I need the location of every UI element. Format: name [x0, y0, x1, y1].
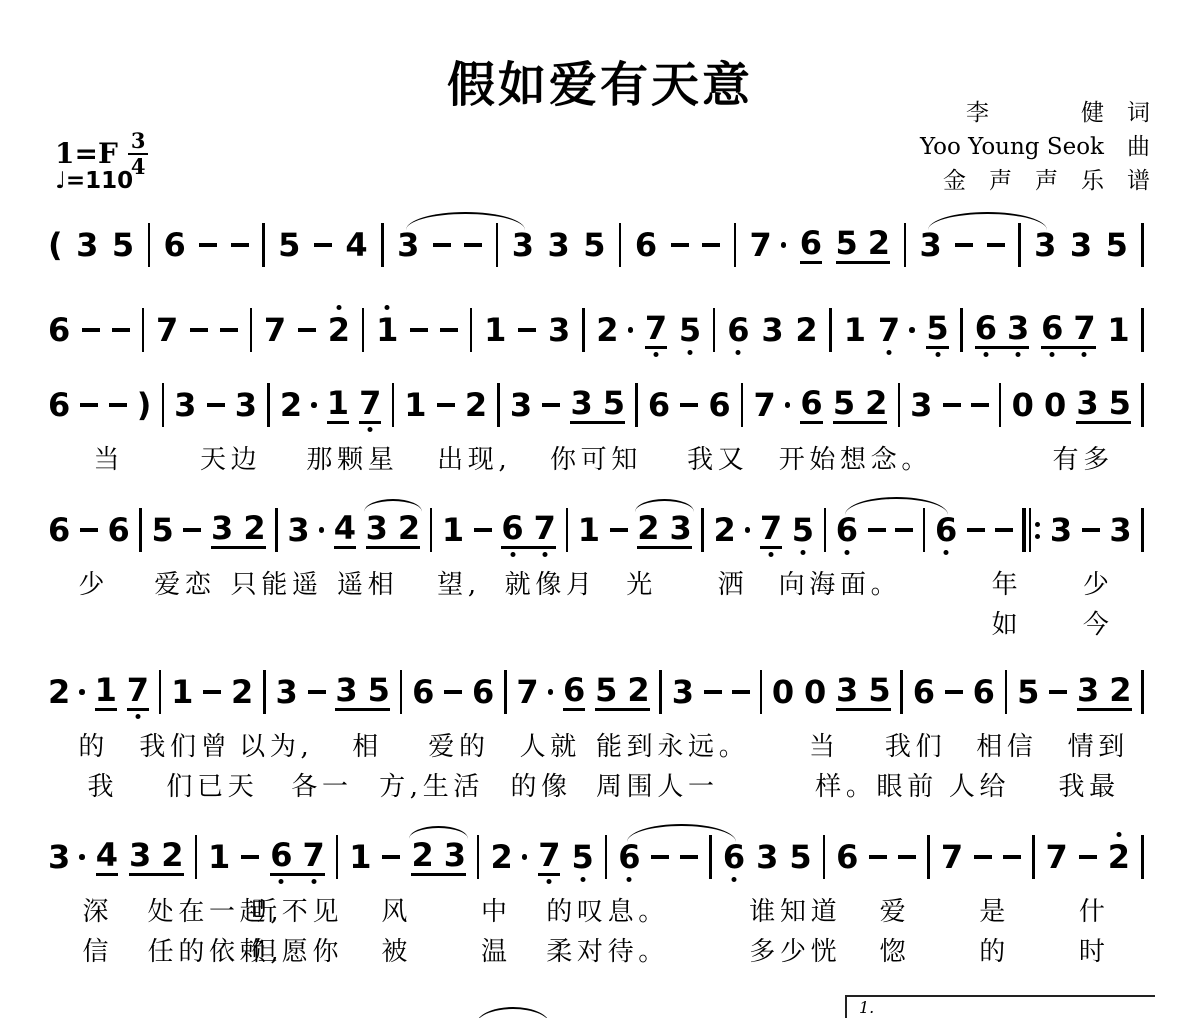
lyric-syllable: 我又 [657, 439, 779, 476]
barline [195, 835, 198, 879]
digit: 3 [512, 229, 534, 261]
augmentation-dot [745, 527, 751, 533]
note: 6 [563, 674, 585, 711]
note-glyphs: 1 [171, 676, 193, 708]
digit: 7 [941, 841, 963, 873]
note: 1 [442, 514, 464, 546]
barline [927, 835, 930, 879]
note-glyphs: 0 [772, 676, 794, 708]
barline [999, 383, 1002, 427]
notation-line: 217123356676523003566532 [48, 660, 1144, 724]
digit: 5 [836, 227, 858, 259]
duration-dash [971, 403, 989, 407]
note-glyphs: 2 [596, 314, 633, 346]
digit: 7 [878, 314, 900, 346]
digit [680, 403, 698, 407]
note: 5 [278, 229, 300, 261]
note: 6 [635, 229, 657, 261]
octave-dot-low [1016, 352, 1021, 357]
digit: 3 [1007, 312, 1029, 344]
lyrics-line: 信任的依赖,但愿你被温柔对待。多少恍惚的时 [48, 929, 1144, 969]
lyric-syllable: 周围人一 [596, 766, 706, 803]
note-glyphs: 4 [334, 512, 356, 549]
digit [895, 528, 913, 532]
note-glyphs [314, 243, 332, 247]
lyric-syllable: 出现, [413, 439, 535, 476]
barline [139, 508, 142, 552]
barline [713, 308, 716, 352]
lyric-syllable: 时 [1044, 931, 1144, 968]
note: 2 [328, 314, 350, 346]
lyric-syllable: 当 [779, 726, 870, 763]
digit: 2 [868, 227, 890, 259]
note-glyphs [444, 690, 462, 694]
beamed-note-group: 32 [129, 839, 184, 876]
lyric-syllable: 望, [413, 564, 504, 601]
note: 6 [836, 841, 858, 873]
barline [250, 308, 253, 352]
digit: 3 [756, 841, 778, 873]
note-glyphs: 5 [789, 841, 811, 873]
note: 7 [1046, 841, 1068, 873]
note-glyphs [199, 243, 217, 247]
digit [898, 855, 916, 859]
digit: 6 [836, 841, 858, 873]
note-glyphs [440, 328, 458, 332]
digit: 1 [171, 676, 193, 708]
digit: 7 [359, 387, 381, 419]
duration-dash [433, 243, 451, 247]
octave-dot-low [653, 352, 658, 357]
note-glyphs: 0 [1012, 389, 1034, 421]
octave-dot-low [1082, 352, 1087, 357]
octave-dot-low [547, 879, 552, 884]
digit [440, 328, 458, 332]
duration-dash [298, 328, 316, 332]
digit: 2 [596, 314, 618, 346]
digit: 7 [303, 839, 325, 871]
note: 3 [548, 314, 570, 346]
note-glyphs [183, 528, 201, 532]
lyric-syllable: 开始想念。 [779, 439, 901, 476]
octave-dot-low [769, 552, 774, 557]
digit [241, 855, 259, 859]
digit: 1 [349, 841, 371, 873]
note: 6 [836, 514, 858, 546]
digit: 2 [411, 839, 433, 871]
note: 1 [376, 314, 398, 346]
note-glyphs: 1 [376, 314, 398, 346]
digit: 3 [548, 314, 570, 346]
digit: ( [48, 229, 63, 261]
lyric-syllable: 年 [961, 564, 1052, 601]
beamed-note-group: 67 [1041, 312, 1096, 349]
duration-dash [82, 328, 100, 332]
lyrics-line: 我们已天各一方,生活的像周围人一样。眼前人给我最 [48, 764, 1144, 804]
note: 5 [792, 514, 814, 546]
note-glyphs [231, 243, 249, 247]
digit: 0 [772, 676, 794, 708]
octave-dot-low [736, 350, 741, 355]
note-glyphs: 52 [833, 387, 888, 424]
digit: 7 [516, 676, 538, 708]
beamed-note-group: 52 [836, 227, 891, 264]
barline [392, 383, 395, 427]
digit: 3 [919, 229, 941, 261]
note-glyphs [109, 403, 127, 407]
note-glyphs [190, 328, 208, 332]
lyric-syllable: 少 [48, 564, 139, 601]
octave-dot-low [886, 350, 891, 355]
augmentation-dot [785, 402, 791, 408]
note-glyphs: 1 [404, 389, 426, 421]
note: 6 [618, 841, 640, 873]
digit: 3 [335, 674, 357, 706]
note-glyphs [382, 855, 400, 859]
music-system: 677211327563217563671 [48, 298, 1144, 362]
music-system: 217123356676523003566532的我们曾以为,相爱的人就能到永远… [48, 660, 1144, 804]
digit: 3 [366, 512, 388, 544]
lyric-syllable: 是 [945, 891, 1045, 928]
barline [262, 223, 265, 267]
digit: 2 [48, 676, 70, 708]
digit: 6 [501, 512, 523, 544]
digit: 3 [1070, 229, 1092, 261]
digit: 6 [1041, 312, 1063, 344]
octave-dot-low [368, 427, 373, 432]
note-glyphs [474, 528, 492, 532]
note: 1 [578, 514, 600, 546]
digit: 3 [1077, 674, 1099, 706]
digit: 6 [800, 387, 822, 419]
digit: 7 [264, 314, 286, 346]
note-glyphs [610, 528, 628, 532]
duration-dash [1079, 855, 1097, 859]
barline [504, 670, 507, 714]
lyric-syllable: 有多 [1022, 439, 1144, 476]
note-glyphs: 7 [760, 512, 782, 549]
note-glyphs: 7 [516, 676, 553, 708]
note-glyphs [995, 528, 1013, 532]
note-glyphs: 6 [472, 676, 494, 708]
barline [267, 383, 270, 427]
tempo-marking: ♩=110 [55, 168, 133, 194]
lyric-syllable: 爱恋 [139, 564, 230, 601]
duration-dash [464, 243, 482, 247]
note-glyphs [518, 328, 536, 332]
note: 2 [596, 314, 633, 346]
digit: 6 [472, 676, 494, 708]
digit: 7 [1073, 312, 1095, 344]
note-glyphs: 35 [335, 674, 390, 711]
octave-dot-low [944, 550, 949, 555]
digit: 0 [1012, 389, 1034, 421]
digit: 5 [112, 229, 134, 261]
digit: 5 [792, 514, 814, 546]
digit: 2 [280, 389, 302, 421]
beamed-note-group: 23 [637, 512, 692, 549]
digit [207, 403, 225, 407]
note: 3 [76, 229, 98, 261]
phrase-paren: ) [137, 389, 152, 421]
note-glyphs: 3 [910, 389, 932, 421]
digit: 6 [913, 676, 935, 708]
note-glyphs: 0 [804, 676, 826, 708]
note-glyphs: 2 [328, 314, 350, 346]
barline [477, 835, 480, 879]
note-glyphs: 7 [645, 312, 667, 349]
digit: ) [137, 389, 152, 421]
beamed-note-group: 63 [975, 312, 1030, 349]
augmentation-dot [311, 402, 317, 408]
note: 2 [795, 314, 817, 346]
note: 1 [1107, 314, 1129, 346]
note: 2 [48, 676, 85, 708]
note: 3 [512, 229, 534, 261]
digit: 3 [510, 389, 532, 421]
notation-line: 6653234321671232756633 [48, 498, 1144, 562]
note: 3 [1050, 514, 1072, 546]
note-glyphs [704, 690, 722, 694]
note-glyphs [868, 528, 886, 532]
beamed-note-group: 67 [270, 839, 325, 876]
note-glyphs: 3 [919, 229, 941, 261]
duration-dash [220, 328, 238, 332]
note-glyphs: 52 [595, 674, 650, 711]
credit-composer: Yoo Young Seok 曲 [920, 130, 1150, 164]
octave-dot-low [844, 550, 849, 555]
barline [734, 223, 737, 267]
note-glyphs [464, 243, 482, 247]
note-glyphs: 32 [129, 839, 184, 876]
digit: 3 [669, 512, 691, 544]
note-glyphs: 1 [349, 841, 371, 873]
note: 7 [750, 229, 787, 261]
digit [987, 243, 1005, 247]
note-glyphs: 6 [618, 841, 640, 873]
note: 7 [359, 387, 381, 424]
note-glyphs: 6 [48, 514, 70, 546]
digit: 7 [156, 314, 178, 346]
lyrics-line: 的我们曾以为,相爱的人就能到永远。当我们相信情到 [48, 724, 1144, 764]
digit: 3 [910, 389, 932, 421]
note: 5 [1017, 676, 1039, 708]
notation-line: 343216712327566356772 [48, 825, 1144, 889]
digit: 5 [679, 314, 701, 346]
lyric-syllable: 如 [961, 604, 1052, 641]
digit [190, 328, 208, 332]
octave-dot-low [279, 879, 284, 884]
note-glyphs: 6 [48, 314, 70, 346]
beamed-note-group: 32 [366, 512, 421, 549]
barline [898, 383, 901, 427]
note: 7 [878, 314, 915, 346]
note-glyphs: 7 [750, 229, 787, 261]
note-glyphs: 3 [761, 314, 783, 346]
duration-dash [869, 855, 887, 859]
digit: 1 [208, 841, 230, 873]
beamed-note-group: 52 [595, 674, 650, 711]
note: 1 [484, 314, 506, 346]
repeat-dot [1035, 534, 1040, 539]
octave-dot-low [135, 714, 140, 719]
note-glyphs: 5 [152, 514, 174, 546]
note-glyphs: 6 [723, 841, 745, 873]
digit [680, 855, 698, 859]
barline [362, 308, 365, 352]
note: 6 [973, 676, 995, 708]
augmentation-dot [79, 854, 85, 860]
digit: 0 [1044, 389, 1066, 421]
note: 6 [727, 314, 749, 346]
digit: 6 [723, 841, 745, 873]
digit [298, 328, 316, 332]
octave-dot-high [336, 305, 341, 310]
lyric-syllable: 深 [48, 891, 148, 928]
digit: 6 [108, 514, 130, 546]
note: 6 [648, 389, 670, 421]
digit: 3 [174, 389, 196, 421]
note: 7 [156, 314, 178, 346]
note: 1 [349, 841, 371, 873]
digit: 2 [243, 512, 265, 544]
note-glyphs: 2 [231, 676, 253, 708]
digit: 2 [865, 387, 887, 419]
digit: 6 [708, 389, 730, 421]
note: 3 [510, 389, 532, 421]
note: 6 [164, 229, 186, 261]
lyric-syllable: 信 [48, 931, 148, 968]
digit: 5 [1017, 676, 1039, 708]
digit [464, 243, 482, 247]
barline [823, 835, 826, 879]
digit: 6 [836, 514, 858, 546]
digit: 3 [287, 514, 309, 546]
lyric-syllable: 的 [48, 726, 139, 763]
beamed-note-group: 67 [501, 512, 556, 549]
digit: 6 [48, 514, 70, 546]
augmentation-dot [79, 689, 85, 695]
note-glyphs: 32 [1077, 674, 1132, 711]
note-glyphs: 7 [359, 387, 381, 424]
note-glyphs: 23 [411, 839, 466, 876]
digit [220, 328, 238, 332]
note-glyphs: 7 [156, 314, 178, 346]
digit: 5 [603, 387, 625, 419]
digit [945, 690, 963, 694]
note-glyphs: 3 [672, 676, 694, 708]
duration-dash [702, 243, 720, 247]
note-glyphs: 5 [278, 229, 300, 261]
octave-dot-low [627, 877, 632, 882]
digit: 5 [278, 229, 300, 261]
lyric-syllable: 各一 [267, 766, 377, 803]
octave-dot-high [385, 305, 390, 310]
note: 5 [583, 229, 605, 261]
digit: 6 [973, 676, 995, 708]
note: 5 [571, 841, 593, 873]
duration-dash [314, 243, 332, 247]
note: 5 [926, 312, 948, 349]
barline [824, 508, 827, 552]
lyric-syllable: 我最 [1034, 766, 1144, 803]
augmentation-dot [522, 854, 528, 860]
digit: 3 [672, 676, 694, 708]
lyric-syllable: 当 [48, 439, 170, 476]
note: 7 [760, 512, 782, 549]
duration-dash [651, 855, 669, 859]
digit [109, 403, 127, 407]
note-glyphs [974, 855, 992, 859]
augmentation-dot [628, 327, 634, 333]
note: 3 [1109, 514, 1131, 546]
note-glyphs: 6 [563, 674, 585, 711]
digit: 5 [583, 229, 605, 261]
digit: 3 [836, 674, 858, 706]
duration-dash [199, 243, 217, 247]
note: 3 [761, 314, 783, 346]
lyric-syllable: 向海面。 [779, 564, 870, 601]
digit [410, 328, 428, 332]
duration-dash [231, 243, 249, 247]
octave-dot-low [732, 877, 737, 882]
barline [430, 508, 433, 552]
notation-line: (356543335676523335 [48, 213, 1144, 277]
octave-dot-low [580, 877, 585, 882]
digit: 1 [844, 314, 866, 346]
beamed-note-group: 35 [335, 674, 390, 711]
lyric-syllable: 方,生活 [377, 766, 487, 803]
note-glyphs: 35 [1076, 387, 1131, 424]
duration-dash [1082, 528, 1100, 532]
lyric-syllable: 爱 [845, 891, 945, 928]
note-glyphs: 3 [510, 389, 532, 421]
duration-dash [444, 690, 462, 694]
barline [162, 383, 165, 427]
note-glyphs: 7 [1046, 841, 1068, 873]
beamed-note-group: 35 [1076, 387, 1131, 424]
note-glyphs [433, 243, 451, 247]
lyric-syllable: 处在一起, [148, 891, 248, 928]
key-label: 1=F [55, 137, 118, 170]
digit: 3 [48, 841, 70, 873]
duration-dash [987, 243, 1005, 247]
barline [497, 383, 500, 427]
note-glyphs [1003, 855, 1021, 859]
barline [701, 508, 704, 552]
music-system: 6)332171233566765230035当天边那颗星出现,你可知我又开始想… [48, 373, 1144, 477]
note: 1 [327, 387, 349, 424]
repeat-thick-bar [1022, 508, 1026, 552]
credit-arranger: 金 声 声 乐 谱 [920, 164, 1150, 198]
music-system: (356543335676523335 [48, 213, 1144, 277]
digit [868, 528, 886, 532]
digit: 1 [442, 514, 464, 546]
note-glyphs: 3 [76, 229, 98, 261]
note: 7 [941, 841, 963, 873]
music-system: 6653234321671232756633少爱恋只能遥遥相望,就像月光洒向海面… [48, 498, 1144, 642]
barline [960, 308, 963, 352]
barline [381, 223, 384, 267]
note-glyphs: 5 [112, 229, 134, 261]
octave-dot-low [510, 552, 515, 557]
note-glyphs: 6 [836, 514, 858, 546]
digit [651, 855, 669, 859]
note-glyphs: 23 [637, 512, 692, 549]
octave-dot-low [800, 550, 805, 555]
note-glyphs: ) [137, 389, 152, 421]
note: 3 [672, 676, 694, 708]
